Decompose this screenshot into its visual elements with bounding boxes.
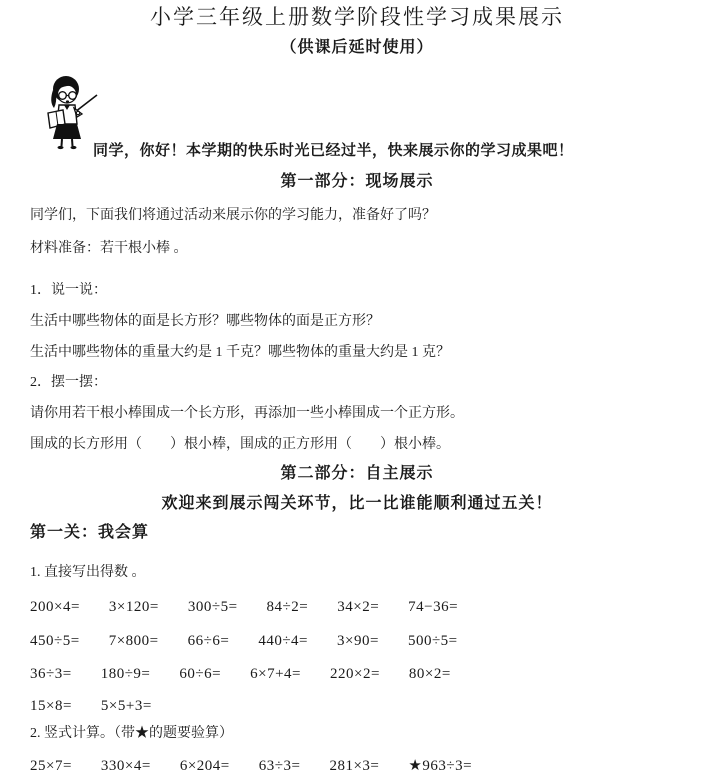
math-expression: 84÷2= bbox=[267, 597, 309, 617]
doc-title: 小学三年级上册数学阶段性学习成果展示 bbox=[0, 3, 714, 31]
task2-label: 2．摆一摆： bbox=[30, 373, 107, 393]
oral-calc-row-3: 36÷3= 180÷9= 60÷6= 6×7+4= 220×2= 80×2= bbox=[30, 664, 451, 684]
math-expression: 3×90= bbox=[337, 631, 379, 651]
part1-heading: 第一部分：现场展示 bbox=[0, 172, 714, 192]
oral-calc-row-2: 450÷5= 7×800= 66÷6= 440÷4= 3×90= 500÷5= bbox=[30, 631, 458, 651]
task2-fill-blanks: 围成的长方形用（ ）根小棒，围成的正方形用（ ）根小棒。 bbox=[30, 435, 450, 455]
task2-instruction: 请你用若干根小棒围成一个长方形，再添加一些小棒围成一个正方形。 bbox=[30, 404, 464, 424]
oral-calc-row-4: 15×8= 5×5+3= bbox=[30, 696, 152, 716]
math-expression: 66÷6= bbox=[188, 631, 230, 651]
math-expression: 6×204= bbox=[180, 756, 230, 776]
level1-heading: 第一关：我会算 bbox=[30, 523, 149, 543]
math-expression: 25×7= bbox=[30, 756, 72, 776]
math-expression: 60÷6= bbox=[179, 664, 221, 684]
materials-line: 材料准备：若干根小棒 。 bbox=[30, 239, 188, 259]
math-expression: 7×800= bbox=[109, 631, 159, 651]
math-expression: 80×2= bbox=[409, 664, 451, 684]
math-expression: 300÷5= bbox=[188, 597, 238, 617]
part1-intro: 同学们，下面我们将通过活动来展示你的学习能力，准备好了吗？ bbox=[30, 206, 436, 226]
greeting-text: 同学，你好！本学期的快乐时光已经过半，快来展示你的学习成果吧！ bbox=[93, 141, 574, 161]
teacher-with-pointer-icon bbox=[30, 72, 102, 150]
math-expression: 450÷5= bbox=[30, 631, 80, 651]
math-expression: 34×2= bbox=[337, 597, 379, 617]
math-expression: 15×8= bbox=[30, 696, 72, 716]
math-expression: 220×2= bbox=[330, 664, 380, 684]
vertical-calc-row: 25×7= 330×4= 6×204= 63÷3= 281×3= ★963÷3= bbox=[30, 756, 472, 776]
math-expression: 3×120= bbox=[109, 597, 159, 617]
exercise1-label: 1. 直接写出得数 。 bbox=[30, 563, 146, 583]
task1-label: 1．说一说： bbox=[30, 281, 107, 301]
oral-calc-row-1: 200×4= 3×120= 300÷5= 84÷2= 34×2= 74−36= bbox=[30, 597, 458, 617]
math-expression: 36÷3= bbox=[30, 664, 72, 684]
math-expression: 330×4= bbox=[101, 756, 151, 776]
part2-heading: 第二部分：自主展示 bbox=[0, 464, 714, 484]
math-expression: 500÷5= bbox=[408, 631, 458, 651]
math-expression: 281×3= bbox=[329, 756, 379, 776]
worksheet-page: 小学三年级上册数学阶段性学习成果展示 （供课后延时使用） bbox=[0, 0, 714, 783]
task1-question1: 生活中哪些物体的面是长方形？哪些物体的面是正方形？ bbox=[30, 312, 380, 332]
math-expression: 5×5+3= bbox=[101, 696, 152, 716]
doc-subtitle: （供课后延时使用） bbox=[0, 38, 714, 58]
math-expression: 440÷4= bbox=[258, 631, 308, 651]
math-expression: 74−36= bbox=[408, 597, 458, 617]
math-expression: 200×4= bbox=[30, 597, 80, 617]
math-expression: 180÷9= bbox=[101, 664, 151, 684]
exercise2-label: 2. 竖式计算。（带★的题要验算） bbox=[30, 724, 233, 744]
welcome-line: 欢迎来到展示闯关环节，比一比谁能顺利通过五关！ bbox=[0, 494, 714, 514]
task1-question2: 生活中哪些物体的重量大约是 1 千克？哪些物体的重量大约是 1 克？ bbox=[30, 343, 450, 363]
math-expression: 63÷3= bbox=[259, 756, 301, 776]
math-expression: ★963÷3= bbox=[408, 756, 472, 776]
math-expression: 6×7+4= bbox=[250, 664, 301, 684]
